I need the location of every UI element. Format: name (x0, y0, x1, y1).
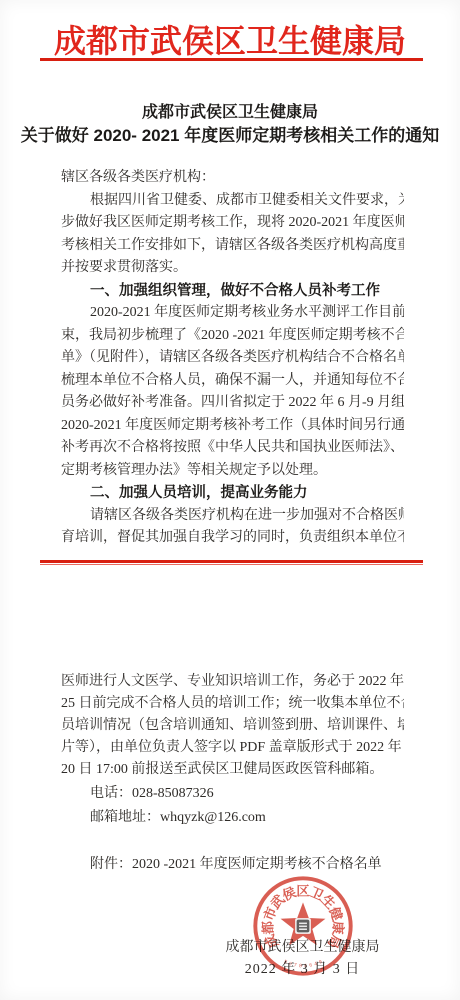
body-line: 2020-2021 年度医师定期考核业务水平测评工作目前已结 (61, 302, 404, 325)
seal-code-digit: 7 (293, 962, 297, 968)
body-line: 20 日 17:00 前报送至武侯区卫健局医政医管科邮箱。 (61, 759, 404, 781)
body-line: 定期考核管理办法》等相关规定予以处理。 (61, 460, 404, 483)
body-line: 根据四川省卫健委、成都市卫健委相关文件要求，为进一 (61, 190, 404, 213)
letterhead-rule (40, 58, 423, 61)
body-line: 辖区各级各类医疗机构： (61, 167, 404, 190)
document-page: 成都市武侯区卫生健康局 成都市武侯区卫生健康局 关于做好 2020- 2021 … (0, 0, 460, 1000)
body-line: 考核相关工作安排如下，请辖区各级各类医疗机构高度重视， (61, 235, 404, 258)
seal-code-digit: 8 (299, 963, 302, 969)
body-line: 束，我局初步梳理了《2020 -2021 年度医师定期考核不合格名 (61, 325, 404, 348)
letterhead-agency-name: 成都市武侯区卫生健康局 (0, 16, 460, 62)
body-line: 片等），由单位负责人签字以 PDF 盖章版形式于 2022 年 5 月 (61, 737, 404, 759)
seal-code-digit: 5 (283, 959, 288, 966)
section-heading: 一、加强组织管理，做好不合格人员补考工作 (61, 280, 404, 303)
body-line: 医师进行人文医学、专业知识培训工作，务必于 2022 年 4 月 (61, 671, 404, 693)
body-line: 电话：028-85087326 (61, 783, 404, 805)
document-title-line2: 关于做好 2020- 2021 年度医师定期考核相关工作的通知 (0, 121, 460, 146)
body-line: 单》（见附件），请辖区各级各类医疗机构结合不合格名单再次 (61, 347, 404, 370)
body-line: 员务必做好补考准备。四川省拟定于 2022 年 6 月-9 月组织 (61, 392, 404, 415)
body-line: 步做好我区医师定期考核工作，现将 2020-2021 年度医师定期 (61, 212, 404, 235)
seal-ring-character: 局 (325, 932, 344, 950)
body-line: 育培训，督促其加强自我学习的同时，负责组织本单位不合格 (61, 527, 404, 550)
seal-code-digit: 0 (288, 961, 293, 968)
page-divider (40, 560, 423, 565)
body-line: 请辖区各级各类医疗机构在进一步加强对不合格医师的教 (61, 505, 404, 528)
body-line: 员培训情况（包含培训通知、培训签到册、培训课件、培训图 (61, 715, 404, 737)
document-title-line1: 成都市武侯区卫生健康局 (0, 99, 460, 122)
body-line: 25 日前完成不合格人员的培训工作；统一收集本单位不合格人 (61, 693, 404, 715)
seal-code-digit: 4 (304, 963, 307, 969)
seal-center-overlay-icon (295, 918, 311, 934)
body-line: 补考再次不合格将按照《中华人民共和国执业医师法》、《医师 (61, 437, 404, 460)
seal-code-digit: 4 (314, 961, 319, 968)
official-seal: 成都市武侯区卫生健康局50784649 (244, 867, 362, 985)
seal-code-digit: 6 (309, 962, 313, 968)
body-line: 梳理本单位不合格人员，确保不漏一人，并通知每位不合格人 (61, 370, 404, 393)
page-divider-thick-rule (40, 560, 423, 563)
section-heading: 二、加强人员培训，提高业务能力 (61, 482, 404, 505)
seal-code-digit: 9 (318, 959, 323, 966)
body-line: 并按要求贯彻落实。 (61, 257, 404, 280)
body-page2: 医师进行人文医学、专业知识培训工作，务必于 2022 年 4 月25 日前完成不… (61, 671, 404, 876)
body-line: 2020-2021 年度医师定期考核补考工作（具体时间另行通知）， (61, 415, 404, 438)
page-divider-thin-rule (40, 564, 423, 566)
body-page1: 辖区各级各类医疗机构：根据四川省卫健委、成都市卫健委相关文件要求，为进一步做好我… (61, 167, 404, 550)
body-line: 邮箱地址：whqyzk@126.com (61, 807, 404, 829)
